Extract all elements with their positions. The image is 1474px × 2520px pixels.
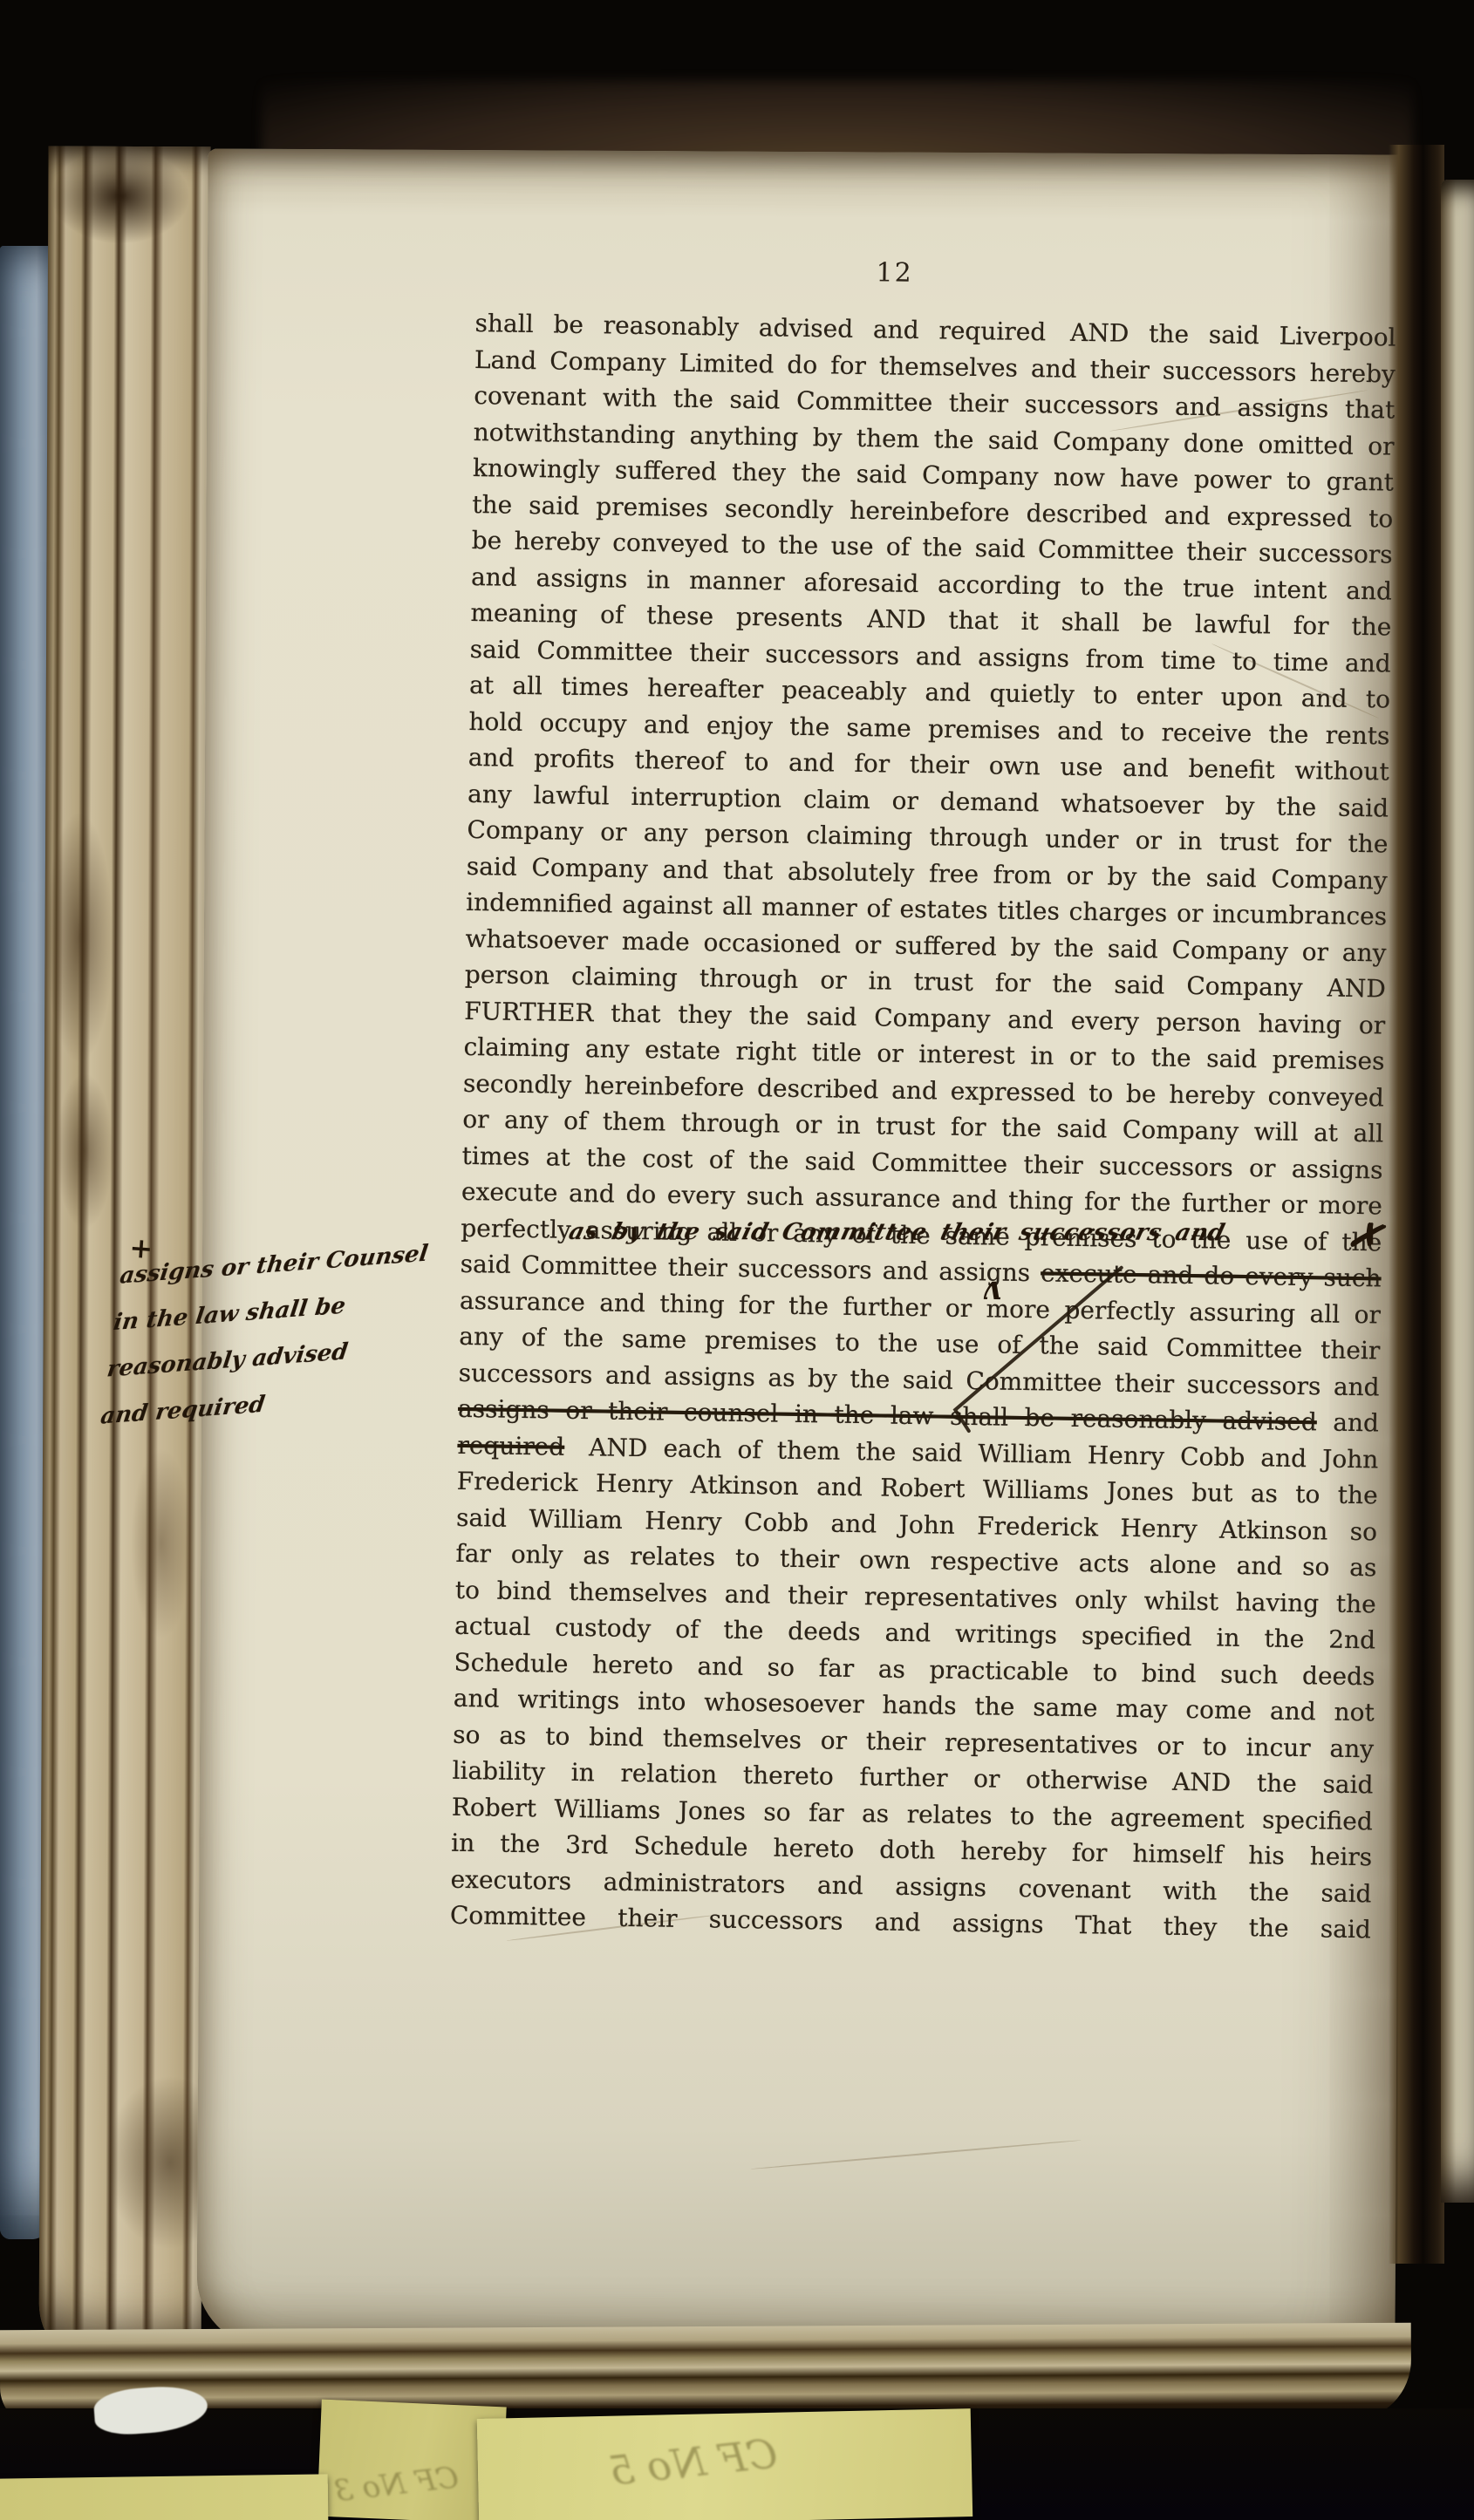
scanned-book-page: CF No 3 CF No 5 12 shall be reasonably a… bbox=[0, 0, 1474, 2520]
struck-text: execute and do every such bbox=[1041, 1258, 1382, 1292]
faint-pencil-text: CF No 3 bbox=[332, 2460, 461, 2509]
insertion-caret-icon: ʌ bbox=[983, 1268, 1000, 1308]
page-number: 12 bbox=[850, 257, 938, 289]
binding-stain bbox=[56, 1073, 113, 1229]
sticky-note-bottom-left bbox=[0, 2474, 328, 2520]
margin-note: + assigns or their Counselin the law sha… bbox=[104, 1229, 456, 1439]
book-gutter-shadow bbox=[1389, 145, 1444, 2264]
print-text: and bbox=[1317, 1407, 1380, 1437]
print-text: said Committee their successors and assi… bbox=[460, 1250, 1041, 1287]
facing-page-sliver bbox=[1441, 180, 1474, 2203]
faint-pencil-text: CF No 5 bbox=[607, 2429, 780, 2495]
struck-text: required bbox=[457, 1430, 564, 1461]
binding-stain bbox=[51, 148, 190, 244]
text-lines: shall be reasonably advised and required… bbox=[450, 305, 1396, 1948]
margin-note-lines: assigns or their Counselin the law shall… bbox=[98, 1228, 462, 1440]
sticky-note-large: CF No 5 bbox=[477, 2408, 972, 2520]
handwritten-insertion: as by the said Committee their successor… bbox=[566, 1219, 1343, 1246]
printed-text-block: 12 shall be reasonably advised and requi… bbox=[450, 305, 1396, 1948]
binding-stain bbox=[45, 811, 113, 1064]
binding-stain bbox=[131, 1447, 192, 1639]
